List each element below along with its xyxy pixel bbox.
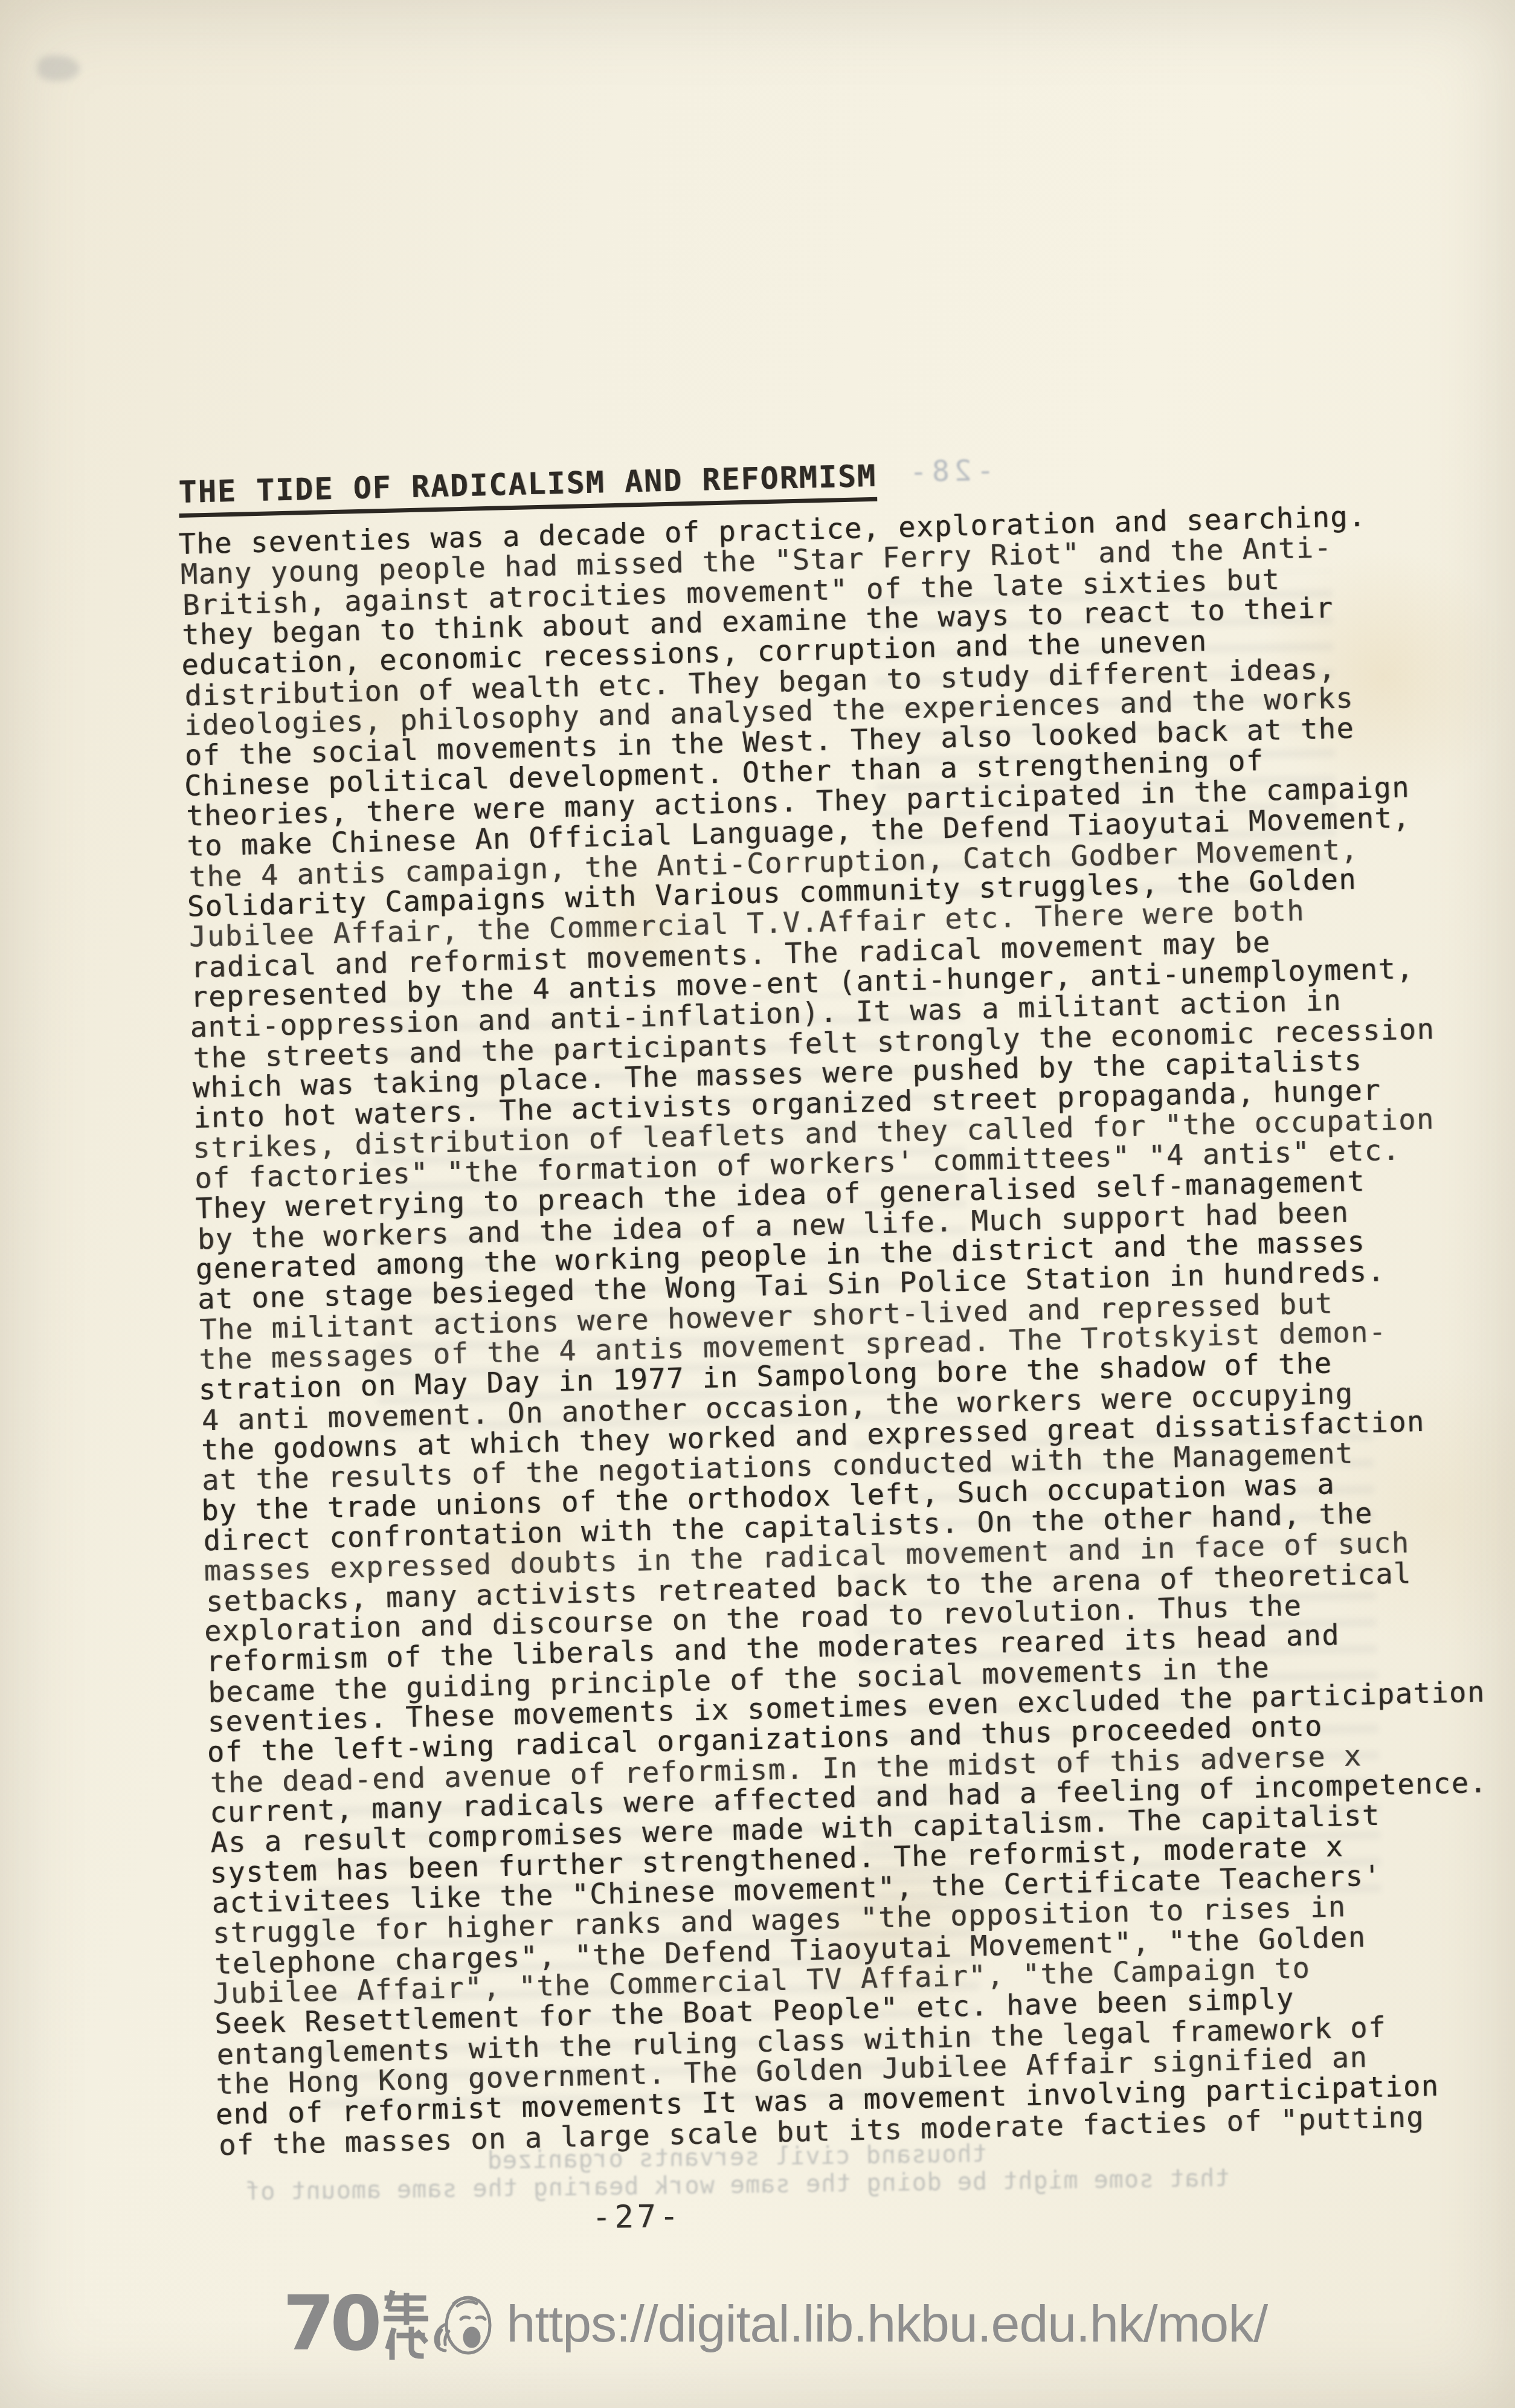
scanned-document-page: -28- THE TIDE OF RADICALISM AND REFORMIS… xyxy=(0,0,1515,2408)
shouting-face-icon xyxy=(428,2288,501,2360)
logo-70-text: 70 xyxy=(283,2291,378,2357)
logo-nendai-glyphs-icon xyxy=(384,2288,428,2360)
page-number: -27- xyxy=(592,2198,683,2236)
digital-library-watermark: 70 xyxy=(283,2285,1267,2363)
digital-library-url: https://digital.lib.hkbu.edu.hk/mok/ xyxy=(507,2294,1268,2354)
typewritten-text-block: THE TIDE OF RADICALISM AND REFORMISM The… xyxy=(178,445,1515,2160)
pencil-smudge-mark xyxy=(37,56,80,81)
seventies-logo: 70 xyxy=(283,2288,501,2360)
document-body: The seventies was a decade of practice, … xyxy=(179,499,1515,2160)
document-heading: THE TIDE OF RADICALISM AND REFORMISM xyxy=(178,460,877,518)
